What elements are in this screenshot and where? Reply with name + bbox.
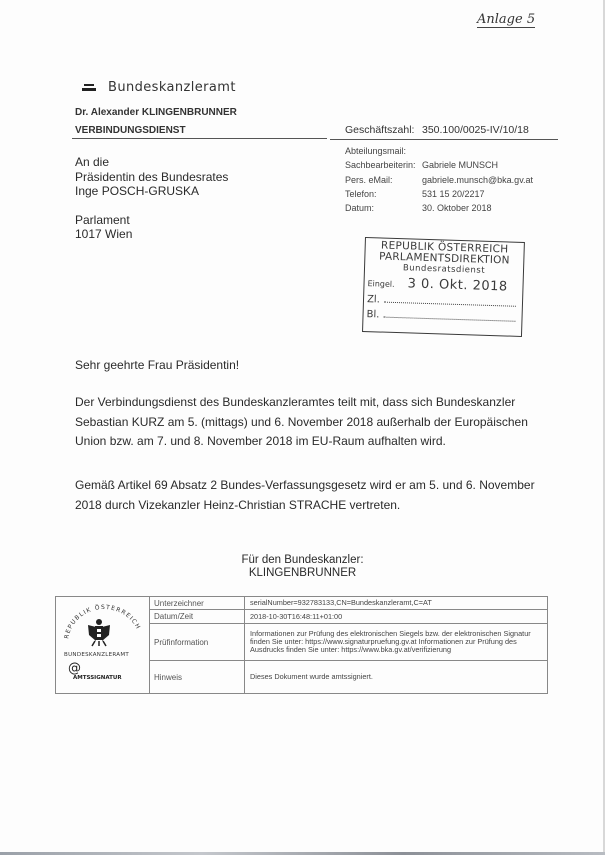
row-label: Prüfinformation: [149, 624, 245, 660]
dotted-line: [384, 294, 516, 307]
contact-email[interactable]: gabriele.munsch@bka.gv.at: [422, 173, 533, 187]
seal-area: REPUBLIK ÖSTERREICH BUNDESKANZLERAMT @ A…: [56, 597, 150, 693]
contact-block: Abteilungsmail: Sachbearbeiterin:Gabriel…: [345, 144, 533, 215]
contact-row: Pers. eMail:gabriele.munsch@bka.gv.at: [345, 173, 533, 187]
received-stamp: REPUBLIK ÖSTERREICH PARLAMENTSDIREKTION …: [362, 237, 525, 337]
contact-row: Telefon:531 15 20/2217: [345, 187, 533, 201]
contact-row: Sachbearbeiterin:Gabriele MUNSCH: [345, 158, 533, 172]
signature: Für den Bundeskanzler: KLINGENBRUNNER: [0, 554, 605, 580]
signature-info-table: Unterzeichner serialNumber=932783133,CN=…: [149, 597, 547, 693]
received-date: 3 0. Okt. 2018: [407, 276, 508, 294]
signature-for-line: Für den Bundeskanzler:: [0, 554, 605, 567]
sender-name: Dr. Alexander KLINGENBRUNNER: [75, 107, 237, 118]
contact-value: 30. Oktober 2018: [422, 201, 492, 215]
row-value: Dieses Dokument wurde amtssigniert.: [245, 661, 547, 693]
signature-name: KLINGENBRUNNER: [0, 567, 605, 580]
org-name: Bundeskanzleramt: [108, 80, 236, 95]
body-paragraph: Gemäß Artikel 69 Absatz 2 Bundes-Verfass…: [75, 476, 555, 515]
contact-label: Telefon:: [345, 187, 422, 201]
contact-row: Datum:30. Oktober 2018: [345, 201, 533, 215]
divider: [330, 139, 558, 140]
table-row: Unterzeichner serialNumber=932783133,CN=…: [149, 597, 547, 610]
row-label: Unterzeichner: [149, 597, 245, 609]
body-paragraph: Der Verbindungsdienst des Bundeskanzlera…: [75, 393, 555, 452]
row-value: 2018-10-30T16:48:11+01:00: [245, 610, 547, 623]
salutation: Sehr geehrte Frau Präsidentin!: [75, 358, 239, 372]
annex-note-text: Anlage 5: [477, 12, 535, 28]
stamp-zl-row: Zl.: [364, 293, 522, 310]
contact-label: Abteilungsmail:: [345, 144, 422, 158]
eagle-coat-of-arms-icon: [86, 617, 112, 647]
contact-label: Sachbearbeiterin:: [345, 158, 422, 172]
recipient-address: An die Präsidentin des Bundesrates Inge …: [75, 155, 228, 242]
stamp-received-row: Eingel. 3 0. Okt. 2018: [364, 275, 522, 295]
reference-value: 350.100/0025-IV/10/18: [422, 124, 529, 136]
annex-note: Anlage 5: [477, 12, 535, 27]
contact-label: Pers. eMail:: [345, 173, 422, 187]
at-sign-icon: @: [68, 661, 81, 676]
contact-value: 531 15 20/2217: [422, 187, 485, 201]
flag-icon: [82, 84, 96, 92]
row-value: Informationen zur Prüfung des elektronis…: [245, 624, 547, 660]
table-row: Datum/Zeit 2018-10-30T16:48:11+01:00: [149, 610, 547, 624]
seal-label: AMTSSIGNATUR: [73, 675, 122, 681]
zl-label: Zl.: [367, 294, 380, 305]
table-row: Hinweis Dieses Dokument wurde amtssignie…: [149, 661, 547, 693]
address-line: Präsidentin des Bundesrates: [75, 170, 228, 185]
contact-value: Gabriele MUNSCH: [422, 158, 498, 172]
dotted-line: [383, 309, 515, 322]
row-label: Hinweis: [149, 661, 245, 693]
contact-row: Abteilungsmail:: [345, 144, 533, 158]
sender-department: VERBINDUNGSDIENST: [75, 125, 186, 136]
official-signature-block: REPUBLIK ÖSTERREICH BUNDESKANZLERAMT @ A…: [55, 596, 548, 694]
table-row: Prüfinformation Informationen zur Prüfun…: [149, 624, 547, 661]
address-line: Inge POSCH-GRUSKA: [75, 184, 228, 199]
row-label: Datum/Zeit: [149, 610, 245, 623]
address-line: An die: [75, 155, 228, 170]
bl-label: Bl.: [366, 309, 379, 320]
seal-org: BUNDESKANZLERAMT: [64, 652, 129, 658]
address-line: Parlament: [75, 213, 228, 228]
reference-label: Geschäftszahl:: [345, 124, 414, 136]
received-label: Eingel.: [367, 279, 407, 289]
row-value: serialNumber=932783133,CN=Bundeskanzlera…: [245, 597, 547, 609]
divider: [72, 138, 327, 139]
org-logo: Bundeskanzleramt: [82, 80, 236, 95]
address-line: 1017 Wien: [75, 227, 228, 242]
contact-label: Datum:: [345, 201, 422, 215]
stamp-bl-row: Bl.: [363, 308, 521, 325]
